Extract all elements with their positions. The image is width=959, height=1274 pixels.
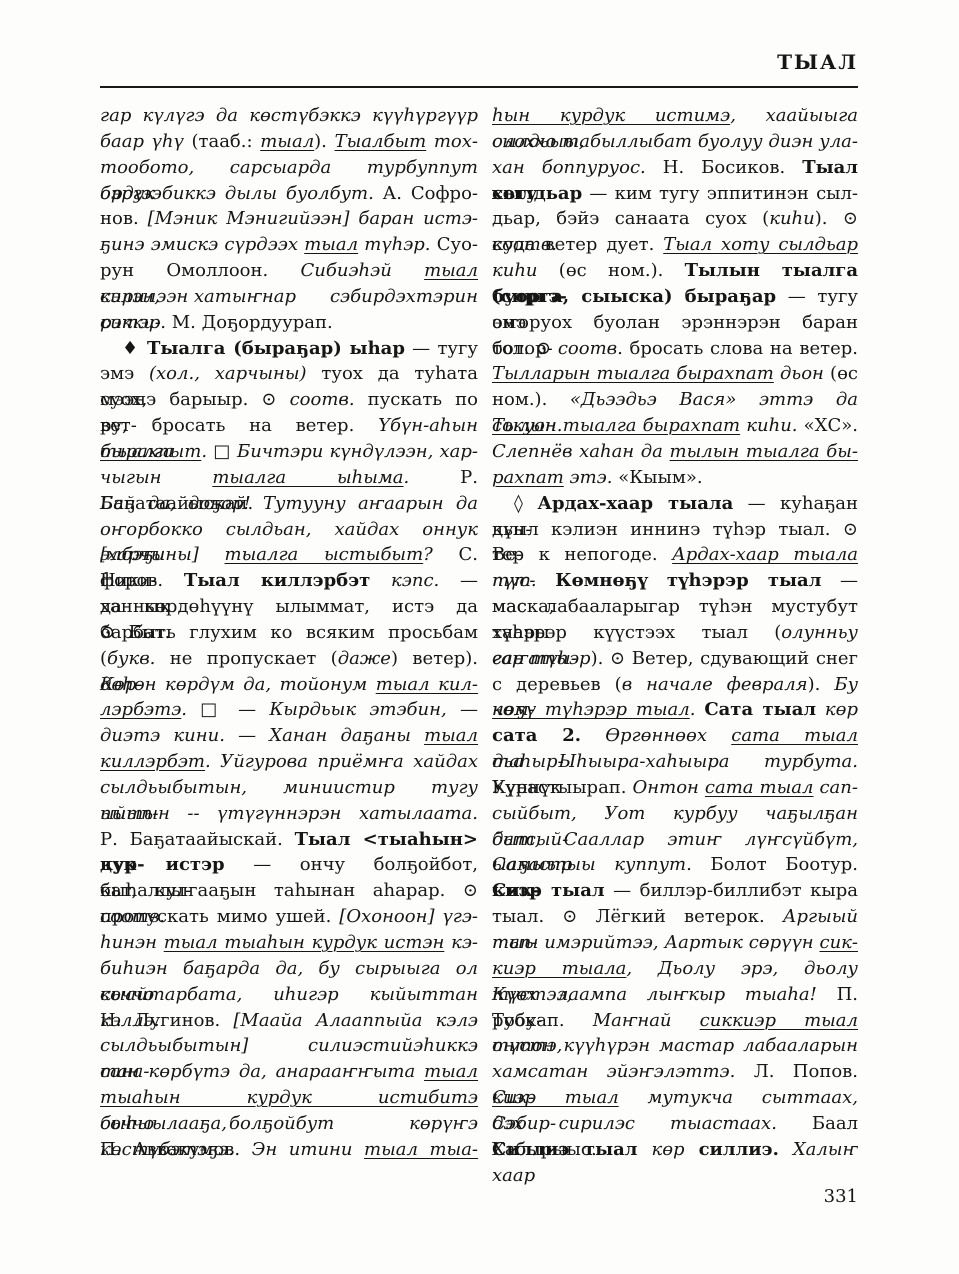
text-line: дук истэр — ончу болҕойбот, кыһаллы-: [100, 852, 478, 878]
text-line: Силлиэ тыал көр силлиэ. Халыҥ хаар: [492, 1137, 858, 1163]
text-line: кэлэн, хатыҥнар сэбирдэхтэрин сикки-: [100, 284, 478, 310]
column-left: гар күлүгэ да көстүбэккэ күүһүргүүрбаар …: [100, 103, 478, 1163]
text-line: рун Омоллоон. Сибиэһэй тыал сирилээн: [100, 258, 478, 284]
text-line: бырахпыт. □ Бичтэри күндүлээн, хар-: [100, 439, 478, 465]
text-line: дьар, бэйэ санаата суох (киһи). ⊙ соотв.: [492, 206, 858, 232]
text-line: ◊ Ардах-хаар тыала — куһаҕан күн-: [492, 491, 858, 517]
text-line: ыаҕастыы куппут. Болот Боотур. Сик-: [492, 852, 858, 878]
text-line: соччо болҕойбут көрүҥэ көстүбэтэҕэ.: [100, 1111, 478, 1137]
text-line: Тылын тыалга бырахпат киһи. «ХС».: [492, 413, 858, 439]
text-line: (букв. не пропускает (даже) ветер). Көр-: [100, 646, 478, 672]
text-line: ⊙ Быть глухим ко всяким просьбам: [100, 620, 478, 646]
text-line: һын курдук истимэ, хаайыыга сылдьыы,: [492, 103, 858, 129]
text-line: тообото, сарсыарда турбуппут ордук: [100, 155, 478, 181]
text-line: мээнэ барыыр. ⊙ соотв. пускать по вет-: [100, 387, 478, 413]
text-line: киллэрбэт. Уйгурова приёмҥа хайдах: [100, 749, 478, 775]
text-line: ру, бросать на ветер. Үбүн-аһын тыалга: [100, 413, 478, 439]
text-line: сылдьар — ким тугу эппитинэн сыл-: [492, 181, 858, 207]
text-line: руокап. Маҥнай сиккиэр тыал түстэ,: [492, 1008, 858, 1034]
text-line: форов. Тыал киллэрбэт кэпс. — ханнык: [100, 568, 478, 594]
text-line: киһи (өс ном.). Тылын тыалга (сиргэ-: [492, 258, 858, 284]
text-line: пытын -- үтүгүннэрэн хатылаата.: [100, 801, 478, 827]
text-line: ҕинэ эмискэ сүрдээх тыал түһэр. Суо-: [100, 232, 478, 258]
text-line: киэр тыал — биллэр-биллибэт кыра: [492, 878, 858, 904]
text-line: гар күлүгэ да көстүбэккэ күүһүргүүр: [100, 103, 478, 129]
header-rule: [100, 86, 858, 88]
text-line: хамсатан эйэҥэлэттэ. Л. Попов. Сик-: [492, 1059, 858, 1085]
text-line: куда ветер дует. Тыал хоту сылдьар: [492, 232, 858, 258]
text-line: тан көрбүтэ да, анарааҥҥыта тыал: [100, 1059, 478, 1085]
text-line: тыал. ⊙ Лёгкий ветерок. Аргыый тап-: [492, 904, 858, 930]
text-line: гар түһэр). ⊙ Ветер, сдувающий снег: [492, 646, 858, 672]
text-line: эмэ (хол., харчыны) туох да туһата суох,: [100, 361, 478, 387]
text-line: с деревьев (в начале февраля). Бу көм-: [492, 672, 858, 698]
text-line: мас лабааларыгар түһэн мустубут хаары: [492, 594, 858, 620]
text-line: быт, Сааллар этиҥ лүҥсүйбүт, Самыыр: [492, 827, 858, 853]
text-line: түһэрэр күүстээх тыал (олунньу саҥаты-: [492, 620, 858, 646]
text-line: ном.). «Дьээдьэ Вася» эттэ да сокуон.: [492, 387, 858, 413]
text-line: баар үһү (тааб.: тыал). Тыалбыт тох-: [100, 129, 478, 155]
text-line: Бай да, доҕор! Тутууну аҥаарын да: [100, 491, 478, 517]
text-line: Н. Лугинов. [Маайа Алааппыйа кэлэ: [100, 1008, 478, 1034]
text-line: Күөх лаампа лыҥкыр тыаһа! П. Тобу-: [492, 982, 858, 1008]
page-number: 331: [824, 1186, 858, 1207]
text-line: пропускать мимо ушей. [Охоноон] үгэ-: [100, 904, 478, 930]
text-line: сылдьыбытын, миниистир тугу ыйып-: [100, 775, 478, 801]
text-line: киэр тыала, Дьолу эрэ, дьолу түстээ,: [492, 956, 858, 982]
text-line: да көрдөһүүнү ылыммат, истэ да барбат.: [100, 594, 478, 620]
text-line: чыгын тыалга ыһыма. Р. Баҕатаайыскай.: [100, 465, 478, 491]
text-line: П. Аввакумов. Эн итини тыал тыа-: [100, 1137, 478, 1163]
text-line: оҥорбокко сылдьан, хайдах оннук элбэҕи: [100, 517, 478, 543]
text-line: пүт. Көмнөҕү түһэрэр тыал — маска,: [492, 568, 858, 594]
text-line: һинэн тыал тыаһын курдук истэн кэ-: [100, 930, 478, 956]
text-line: диэтэ кини. — Ханан даҕаны тыал: [100, 723, 478, 749]
text-line: бат, кулгааҕын таһынан аһарар. ⊙ соотв.: [100, 878, 478, 904]
text-line: Слепнёв хаһан да тылын тыалга бы-: [492, 439, 858, 465]
text-line: хан боппуруос. Н. Босиков. Тыал хоту: [492, 155, 858, 181]
text-line: сыйбыт, Уот курбуу чаҕылҕан дапсый-: [492, 801, 858, 827]
text-line: тыаһын курдук истибитэ быһыылааҕа,: [100, 1085, 478, 1111]
text-line: Тылларын тыалга бырахпат дьон (өс: [492, 361, 858, 387]
column-right: һын курдук истимэ, хаайыыга сылдьыы,олох…: [492, 103, 858, 1163]
text-line: кыайтарбата, иһигэр кыйыттан кэллэ.: [100, 982, 478, 1008]
text-line: нөҕү түһэрэр тыал. Сата тыал көр: [492, 697, 858, 723]
text-line: рахпат этэ. «Кыым».: [492, 465, 858, 491]
text-line: дөһөн көрдүм да, тойонум тыал кил-: [100, 672, 478, 698]
text-line: нов. [Мэник Мэнигийээн] баран истэ-: [100, 206, 478, 232]
dictionary-page: ТЫАЛ гар күлүгэ да көстүбэккэ күүһүргүүр…: [0, 0, 959, 1274]
text-line: бэргээбиккэ дылы буолбут. А. Софро-: [100, 181, 478, 207]
text-line: сылдьыбытын] силиэстийэһиккэ сана-: [100, 1033, 478, 1059]
text-line: онтон күүһүрэн мастар лабааларын: [492, 1033, 858, 1059]
text-line: биһиэн баҕарда да, бу сырыыга ол соччо: [100, 956, 478, 982]
text-line: Р. Баҕатаайыскай. Тыал <тыаһын> кур-: [100, 827, 478, 853]
text-line: [харчыны] тыалга ыстыбыт? С. Ники-: [100, 542, 478, 568]
text-line: дьа Ыһыыра-хаһыыра турбута. Күннүк: [492, 749, 858, 775]
text-line: ♦ Тыалга (быраҕар) ыһар — тугу: [100, 336, 478, 362]
text-line: Уурастыырап. Онтон сата тыал сап-: [492, 775, 858, 801]
text-line: буорга, сыыска) быраҕар — тугу эмэ: [492, 284, 858, 310]
text-line: оҥоруох буолан эрэннэрэн баран толор-: [492, 310, 858, 336]
text-line: дьыл кэлиэн иннинэ түһэр тыал. ⊙ Ве-: [492, 517, 858, 543]
text-line: сата 2. Өргөннөөх сата тыал таһыр-: [492, 723, 858, 749]
text-columns: гар күлүгэ да көстүбэккэ күүһүргүүрбаар …: [100, 103, 858, 1163]
text-line: лэрбэтэ. □ — Кырдьык этэбин, —: [100, 697, 478, 723]
text-line: олоххо табыллыбат буолуу диэн ула-: [492, 129, 858, 155]
text-line: тыы имэрийтээ, Аартык сөрүүн сик-: [492, 930, 858, 956]
running-head: ТЫАЛ: [777, 50, 858, 74]
text-line: дэх сирилэс тыастаах. Баал Хабырыыс.: [492, 1111, 858, 1137]
text-line: тер к непогоде. Ардах-хаар тыала түс-: [492, 542, 858, 568]
text-line: рэтэр. М. Доҕордуурап.: [100, 310, 478, 336]
text-line: бот. ⊙ соотв. бросать слова на ветер.: [492, 336, 858, 362]
text-line: киэр тыал мутукча сыттаах, Сэбир-: [492, 1085, 858, 1111]
